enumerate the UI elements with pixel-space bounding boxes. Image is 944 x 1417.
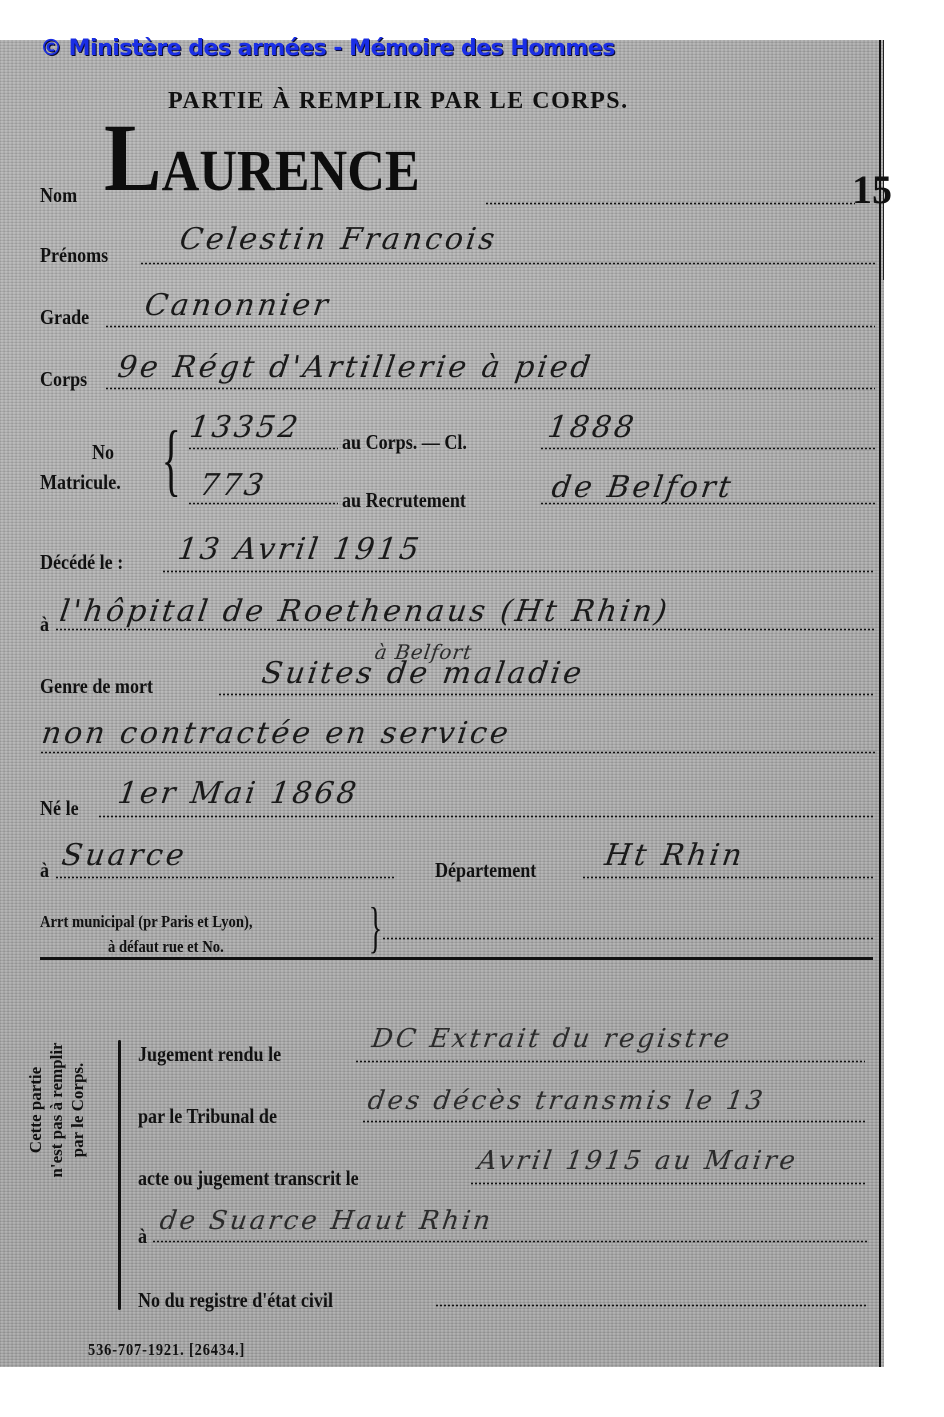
lieu-transcription-label: à [138, 1224, 147, 1249]
au-recrutement-label: au Recrutement [342, 488, 466, 513]
matricule-label-no: No [92, 440, 114, 465]
nom-rest: AURENCE [162, 138, 420, 203]
matricule-label: Matricule. [40, 470, 121, 495]
registre-rule [435, 1304, 867, 1307]
departement-rule [582, 876, 875, 879]
corps-rule [105, 387, 875, 390]
matricule-corps-rule [188, 447, 338, 450]
matricule-recrutement-number: 773 [198, 468, 269, 503]
prenoms-label: Prénoms [40, 243, 108, 268]
page-border-outer [883, 40, 884, 280]
nom-value: LAURENCE [104, 110, 420, 206]
tribunal-label: par le Tribunal de [138, 1104, 277, 1129]
deces-lieu-label: à [40, 612, 49, 637]
transcrit-label: acte ou jugement transcrit le [138, 1166, 359, 1191]
lieu-transcription-rule [152, 1240, 867, 1243]
grade-rule [105, 325, 875, 328]
naissance-date-rule [98, 815, 875, 818]
arrondissement-brace: } [369, 900, 382, 956]
arrondissement-rule [382, 937, 875, 940]
transcrit-rule [470, 1182, 865, 1185]
genre-mort-rule [218, 693, 875, 696]
lieu-transcription-value: de Suarce Haut Rhin [158, 1206, 495, 1236]
genre-mort-value-2: non contractée en service [40, 716, 514, 751]
tribunal-value: des décès transmis le 13 [366, 1086, 768, 1116]
tribunal-rule [362, 1120, 865, 1123]
nom-rule [485, 202, 855, 205]
prenoms-value: Celestin Francois [178, 222, 500, 257]
genre-mort-value: Suites de maladie [260, 656, 587, 691]
genre-mort-rule-2 [40, 751, 875, 754]
side-brace [118, 1040, 121, 1310]
transcrit-value: Avril 1915 au Maire [476, 1146, 800, 1176]
section-divider [40, 957, 873, 960]
jugement-value: DC Extrait du registre [370, 1024, 734, 1054]
registre-label: No du registre d'état civil [138, 1288, 333, 1313]
arrondissement-label-1: Arrt municipal (pr Paris et Lyon), [40, 912, 253, 932]
grade-label: Grade [40, 305, 89, 330]
recrutement-value: de Belfort [550, 470, 736, 505]
deces-date-label: Décédé le : [40, 550, 123, 575]
page-number: 15 [852, 166, 892, 213]
page-border [879, 40, 881, 1367]
copyright-watermark: © Ministère des armées - Mémoire des Hom… [40, 36, 615, 61]
departement-label: Département [435, 858, 536, 883]
naissance-lieu-value: Suarce [60, 838, 190, 873]
naissance-date-value: 1er Mai 1868 [116, 776, 362, 811]
naissance-lieu-label: à [40, 858, 49, 883]
side-note-line2: n'est pas à remplir [46, 1010, 67, 1210]
grade-value: Canonnier [143, 288, 333, 323]
matricule-brace: { [162, 420, 181, 500]
arrondissement-label-2: à défaut rue et No. [108, 937, 224, 957]
naissance-date-label: Né le [40, 796, 79, 821]
deces-date-rule [162, 570, 875, 573]
genre-mort-label: Genre de mort [40, 674, 153, 699]
nom-initial: L [104, 104, 162, 211]
side-note: Cette partie n'est pas à remplir par le … [25, 1010, 95, 1210]
departement-value: Ht Rhin [603, 838, 748, 873]
deces-lieu-value: l'hôpital de Roethenaus (Ht Rhin) [58, 594, 672, 629]
side-note-line1: Cette partie [25, 1010, 46, 1210]
print-code: 536-707-1921. [26434.] [88, 1340, 245, 1360]
classe-value: 1888 [546, 410, 639, 445]
au-corps-label: au Corps. — Cl. [342, 430, 467, 455]
classe-rule [540, 447, 875, 450]
deces-date-value: 13 Avril 1915 [176, 532, 424, 567]
corps-value: 9e Régt d'Artillerie à pied [116, 350, 596, 385]
nom-label: Nom [40, 183, 77, 208]
matricule-corps-number: 13352 [188, 410, 303, 445]
corps-label: Corps [40, 367, 87, 392]
side-note-line3: par le Corps. [67, 1010, 88, 1210]
jugement-label: Jugement rendu le [138, 1042, 281, 1067]
naissance-lieu-rule [55, 876, 395, 879]
jugement-rule [355, 1060, 865, 1063]
prenoms-rule [140, 262, 875, 265]
